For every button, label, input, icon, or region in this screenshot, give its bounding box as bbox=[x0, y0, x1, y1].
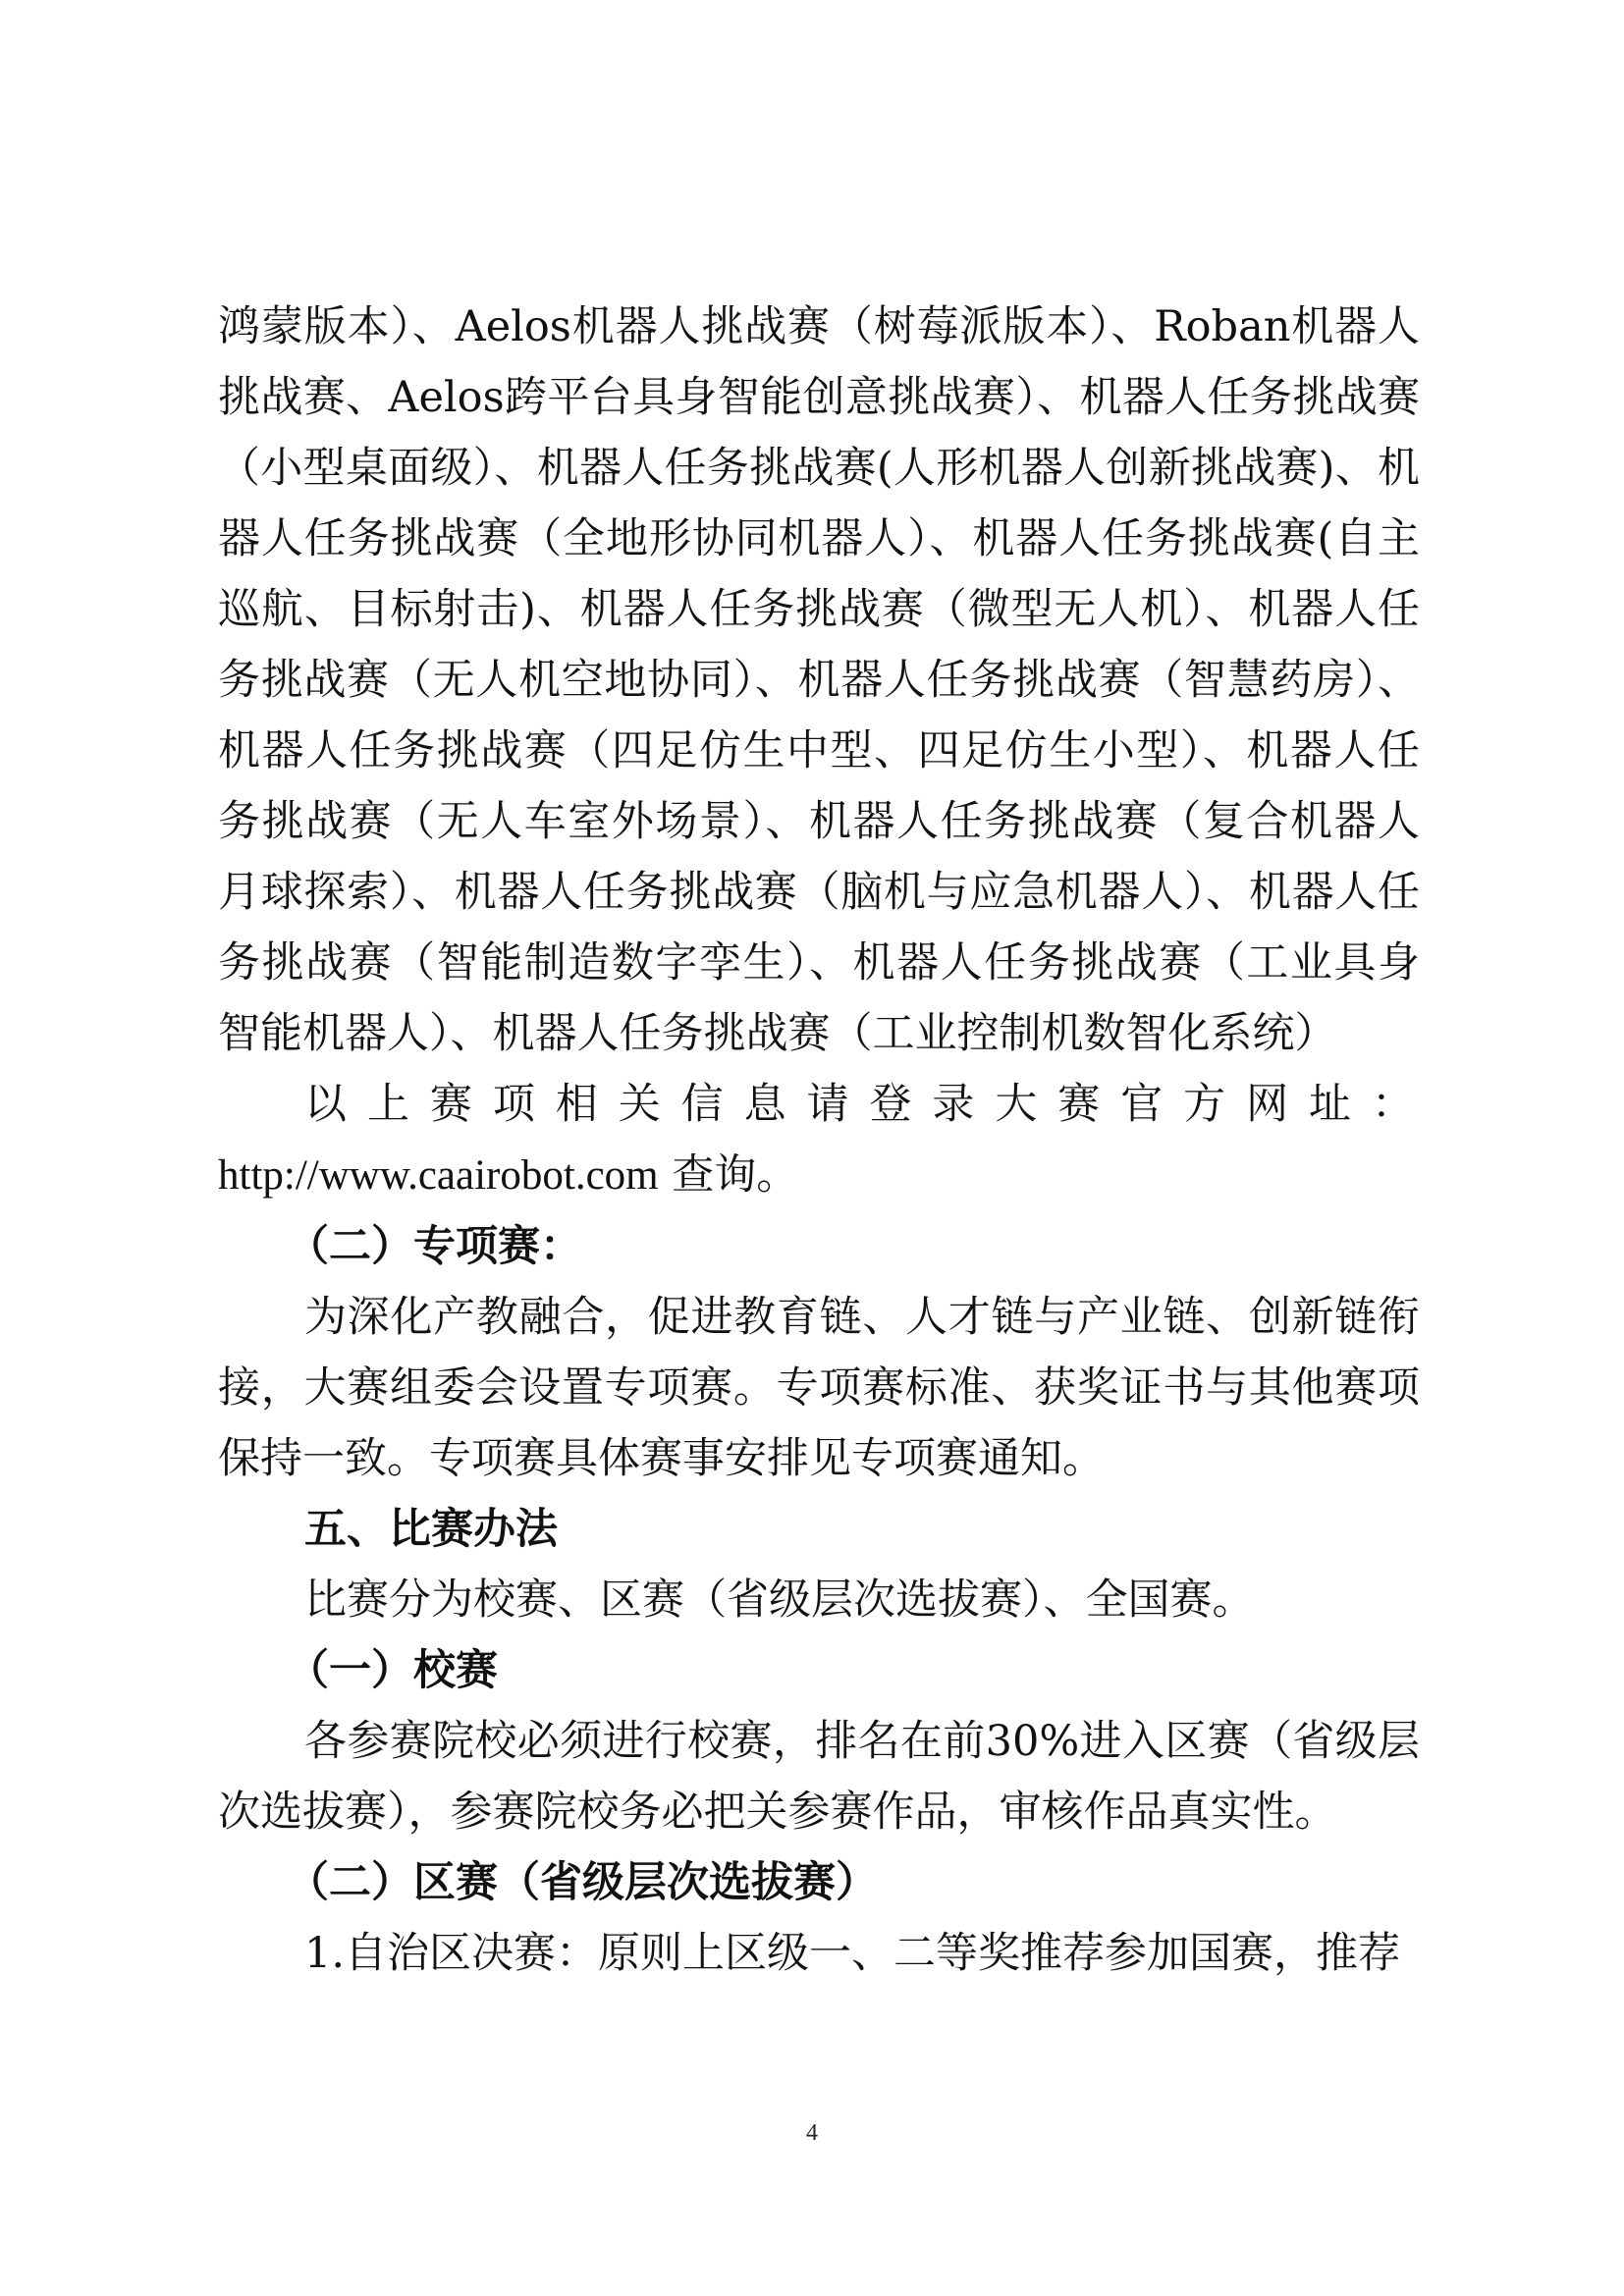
page-number: 4 bbox=[0, 2120, 1624, 2147]
competition-levels-paragraph: 比赛分为校赛、区赛（省级层次选拔赛）、全国赛。 bbox=[218, 1565, 1420, 1635]
website-info-line: 以上赛项相关信息请登录大赛官方网址： bbox=[218, 1069, 1420, 1140]
document-page: 鸿蒙版本）、Aelos机器人挑战赛（树莓派版本）、Roban机器人挑战赛、Ael… bbox=[218, 292, 1420, 1989]
competition-list-paragraph: 鸿蒙版本）、Aelos机器人挑战赛（树莓派版本）、Roban机器人挑战赛、Ael… bbox=[218, 292, 1420, 1069]
website-info-text: 以上赛项相关信息请登录大赛官方网址： bbox=[304, 1080, 1420, 1129]
regional-competition-heading: （二）区赛（省级层次选拔赛） bbox=[218, 1847, 1420, 1918]
section-five-heading: 五、比赛办法 bbox=[218, 1494, 1420, 1565]
website-url-line: http://www.caairobot.com 查询。 bbox=[218, 1140, 1420, 1211]
school-competition-paragraph: 各参赛院校必须进行校赛，排名在前30%进入区赛（省级层次选拔赛），参赛院校务必把… bbox=[218, 1706, 1420, 1847]
website-url-link[interactable]: http://www.caairobot.com bbox=[218, 1152, 659, 1199]
regional-final-paragraph: 1.自治区决赛：原则上区级一、二等奖推荐参加国赛，推荐 bbox=[218, 1918, 1420, 1989]
website-query-text: 查询。 bbox=[672, 1150, 798, 1200]
special-competition-heading: （二）专项赛： bbox=[218, 1211, 1420, 1282]
special-competition-paragraph: 为深化产教融合，促进教育链、人才链与产业链、创新链衔接，大赛组委会设置专项赛。专… bbox=[218, 1282, 1420, 1494]
school-competition-heading: （一）校赛 bbox=[218, 1635, 1420, 1706]
